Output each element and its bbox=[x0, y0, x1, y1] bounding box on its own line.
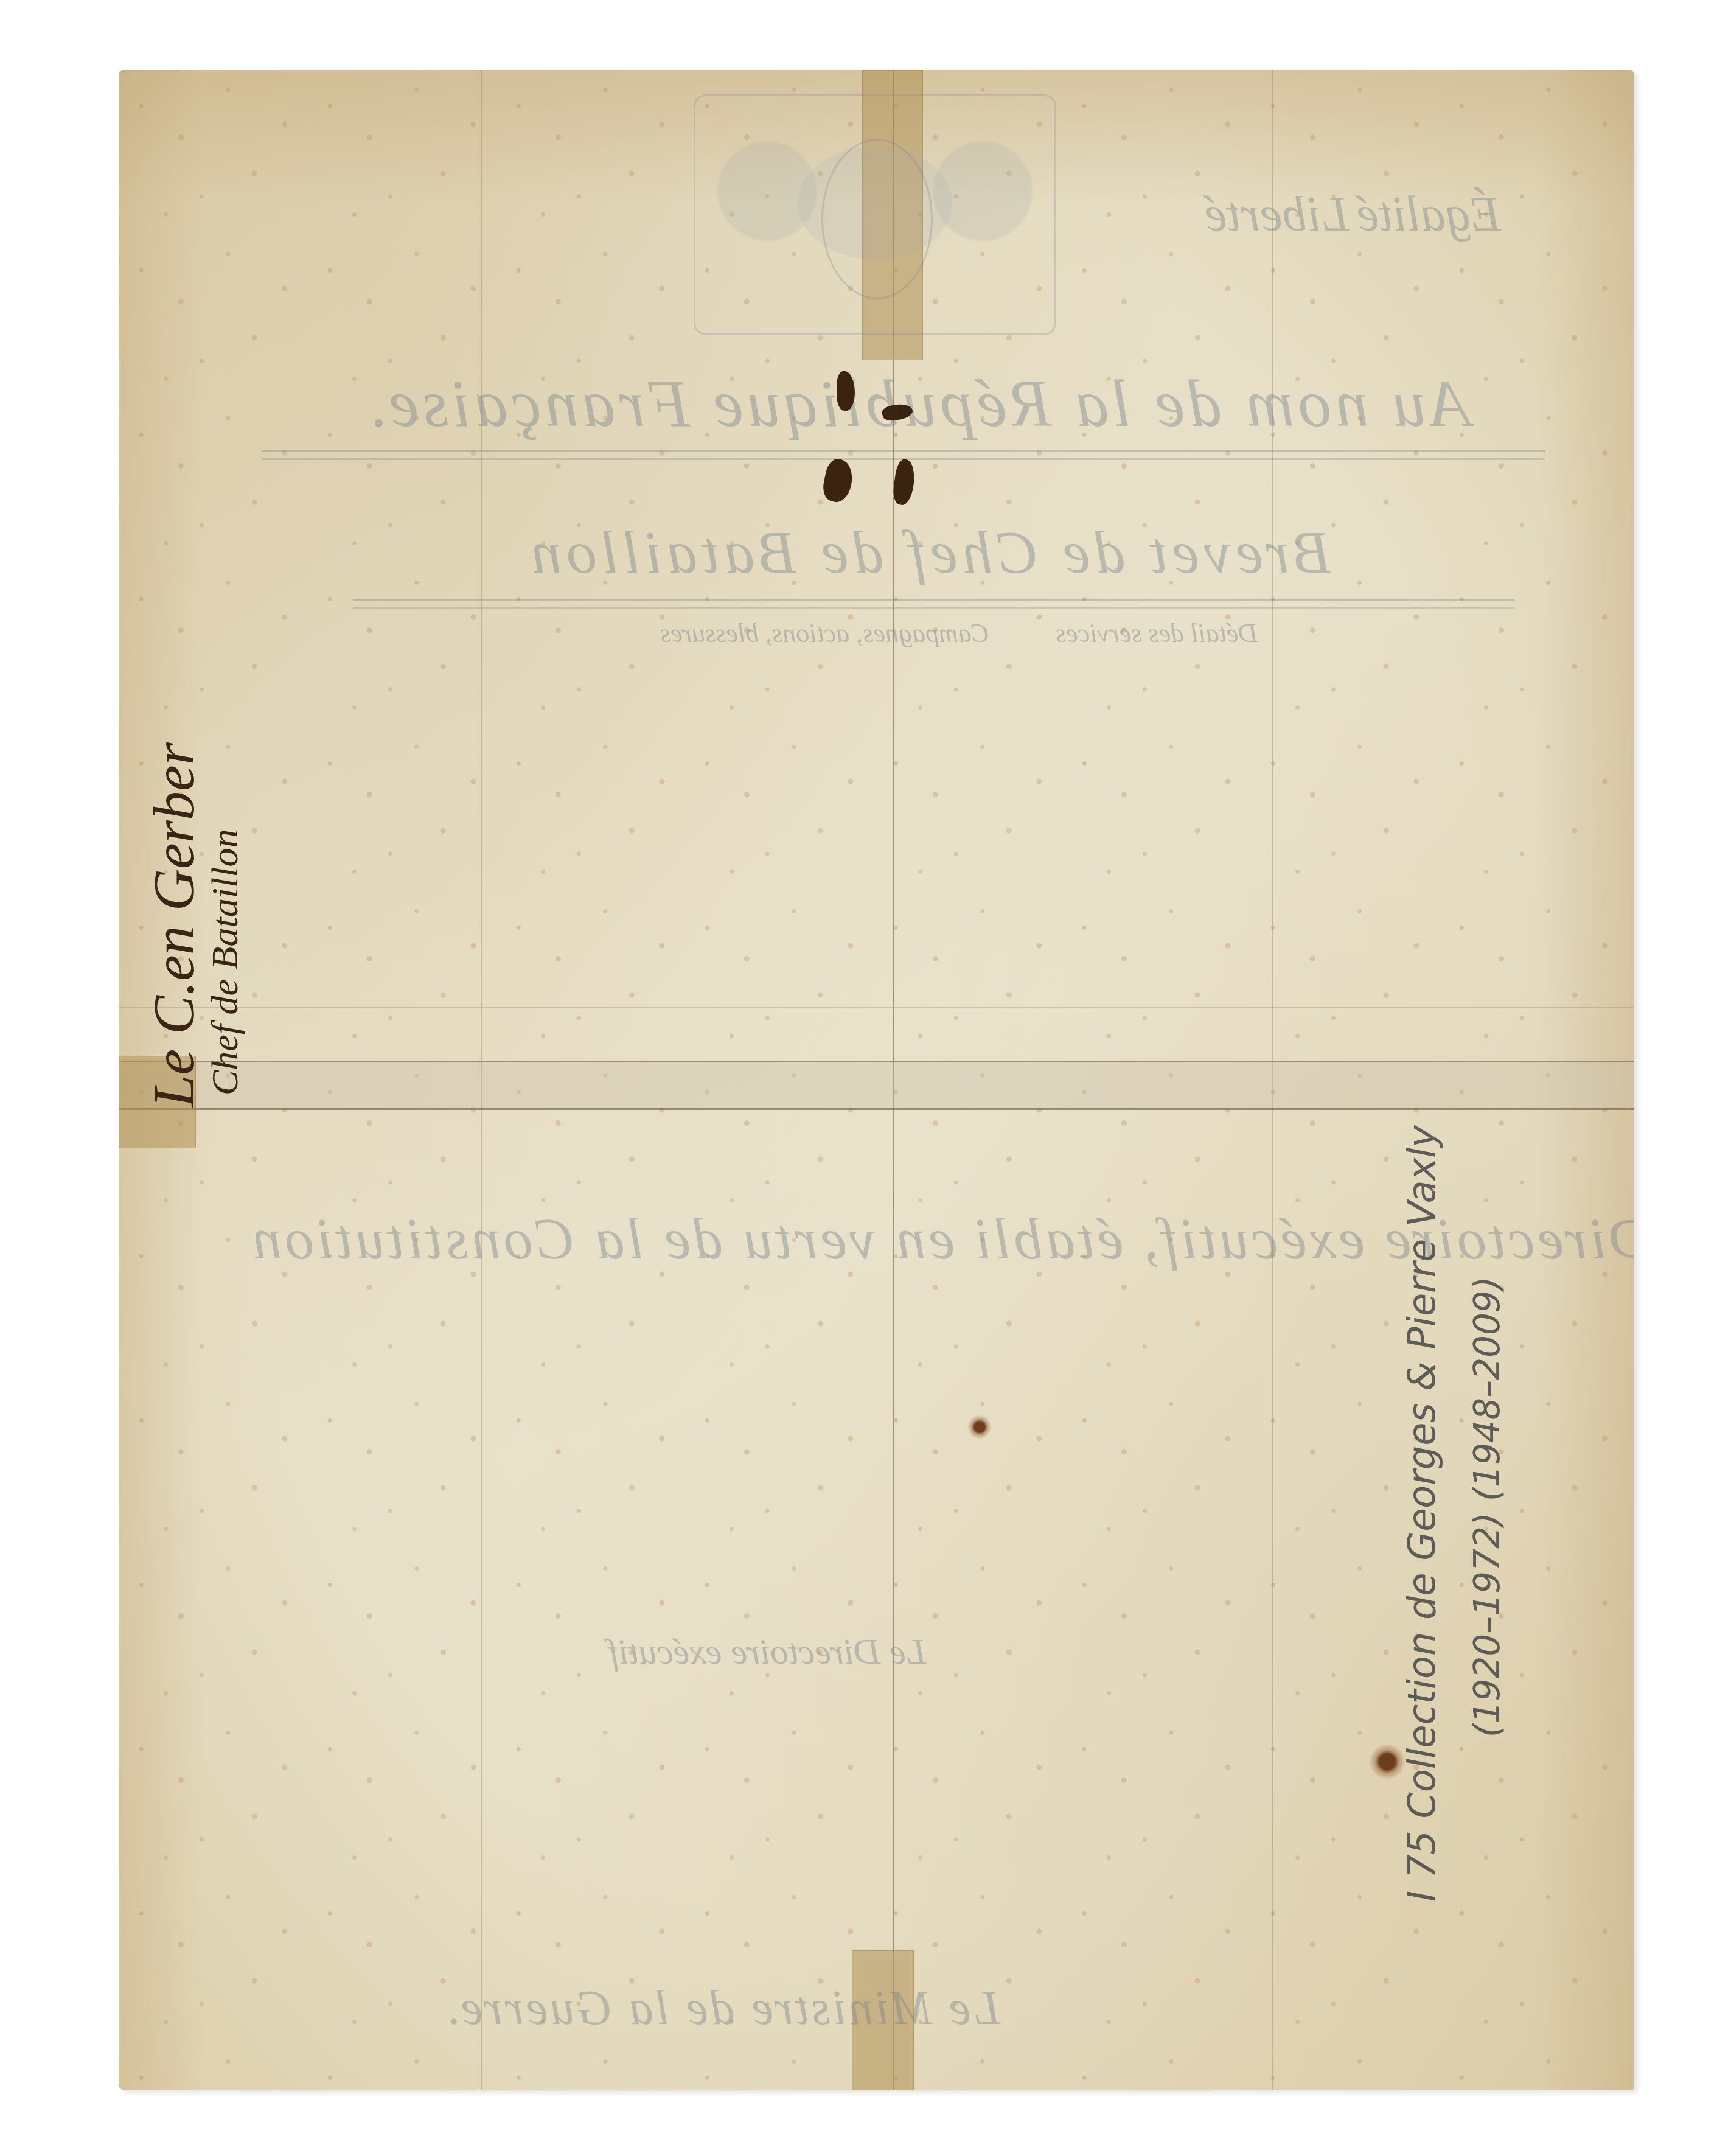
vignette-medallion bbox=[821, 139, 933, 299]
title-republique: Au nom de la République Française. bbox=[365, 365, 1471, 442]
rust-spot bbox=[967, 1415, 992, 1439]
republic-vignette-icon bbox=[694, 94, 1056, 335]
footer-ministre-guerre: Le Ministre de la Guerre. bbox=[444, 1981, 1000, 2036]
ink-docket-rank: Chef de Bataillon bbox=[204, 829, 247, 1095]
subtitle-rule bbox=[353, 599, 1515, 609]
horizontal-tape-band bbox=[119, 1061, 1634, 1110]
motto-egalite: Égalité bbox=[1357, 186, 1501, 243]
subtitle-brevet: Brevet de Chef de Bataillon bbox=[526, 517, 1331, 587]
heading-services: Détail des services bbox=[1056, 618, 1258, 649]
pencil-collection-dates: (1920–1972) (1948–2009) bbox=[1466, 1277, 1508, 1737]
motto-liberte: Liberté bbox=[1205, 186, 1349, 243]
document-sheet: Liberté Égalité Au nom de la République … bbox=[119, 70, 1634, 2090]
heading-campaigns: Campagnes, actions, blessures bbox=[660, 618, 989, 649]
ink-docket-name: Le C.en Gerber bbox=[140, 742, 207, 1108]
horizontal-fold-upper bbox=[119, 1007, 1634, 1008]
body-small-heading: Le Directoire exécutif bbox=[608, 1631, 926, 1673]
pencil-collection-note: I 75 Collection de Georges & Pierre Vaxl… bbox=[1399, 1125, 1444, 1902]
